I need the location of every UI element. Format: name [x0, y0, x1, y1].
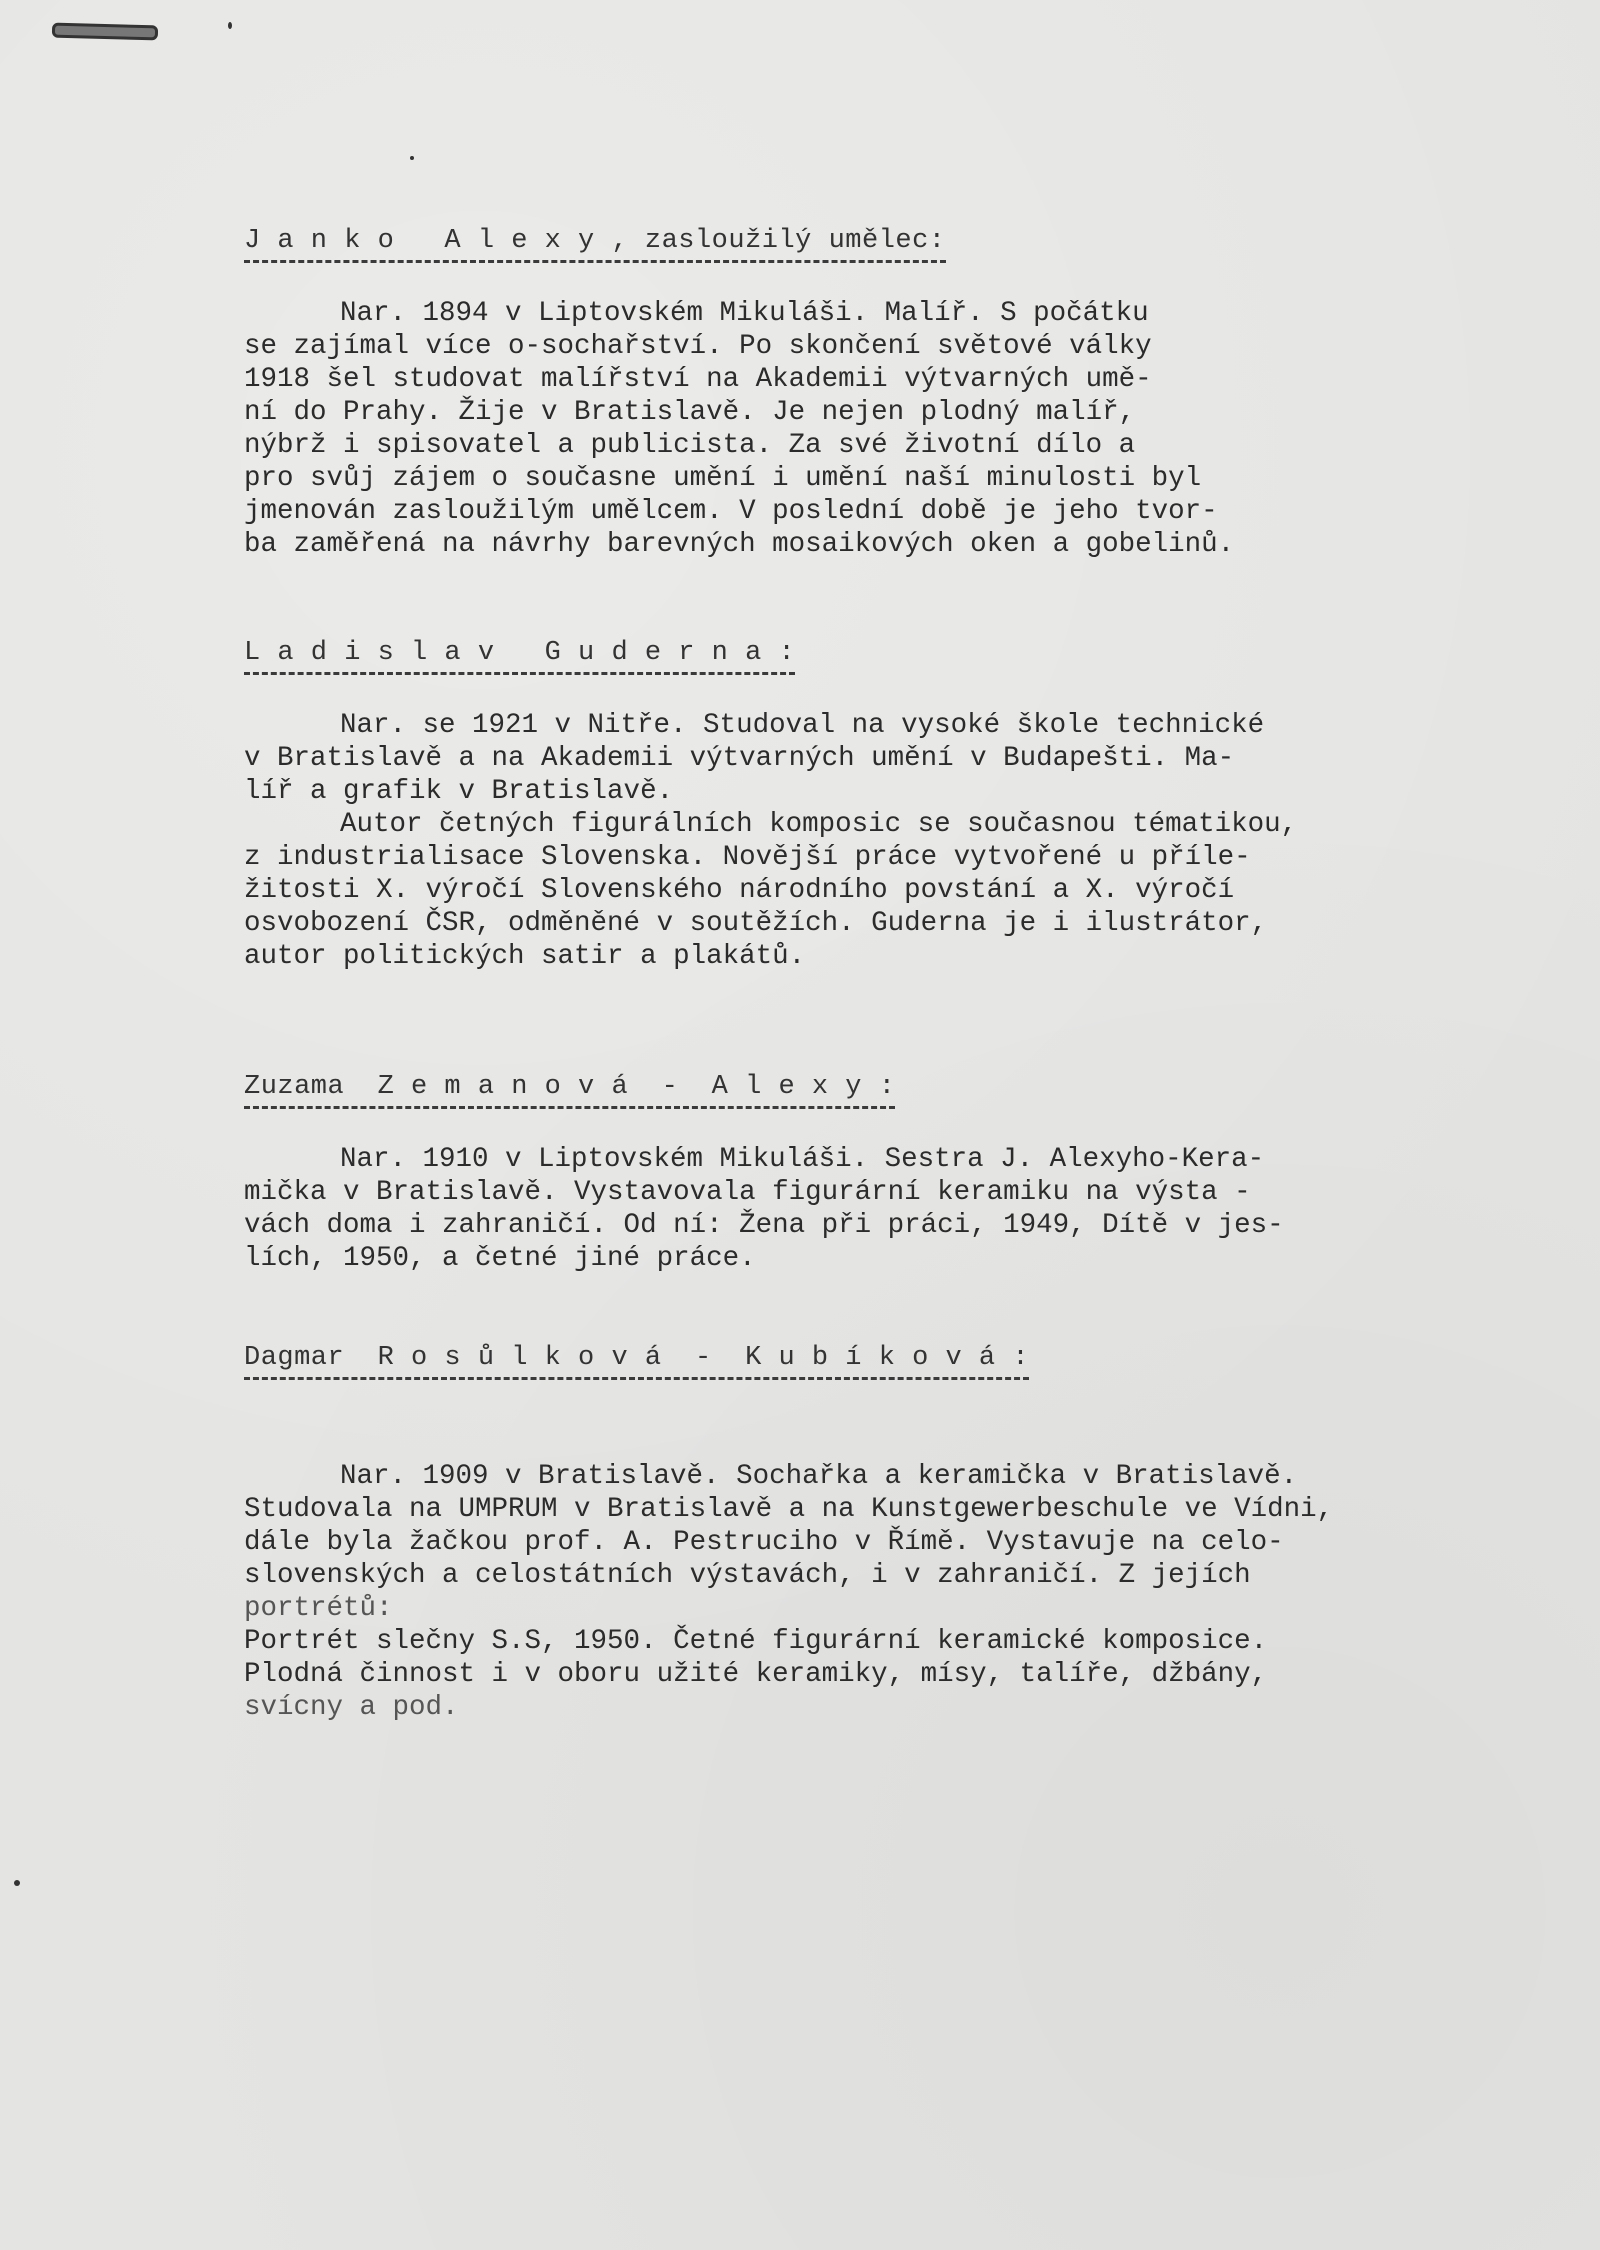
text-line: ní do Prahy. Žije v Bratislavě. Je nejen…	[244, 396, 1504, 429]
text-line: vách doma i zahraničí. Od ní: Žena při p…	[244, 1209, 1504, 1242]
text-line: mička v Bratislavě. Vystavovala figurárn…	[244, 1176, 1504, 1209]
text-line: osvobození ČSR, odměněné v soutěžích. Gu…	[244, 907, 1504, 940]
text-line: svícny a pod.	[244, 1691, 1504, 1724]
entry-ladislav-guderna: L a d i s l a v G u d e r n a : Nar. se …	[244, 638, 1504, 973]
text-line: žitosti X. výročí Slovenského národního …	[244, 874, 1504, 907]
text-line: dále byla žačkou prof. A. Pestruciho v Ř…	[244, 1526, 1504, 1559]
text-line: Nar. se 1921 v Nitře. Studoval na vysoké…	[244, 709, 1504, 742]
text-line: Nar. 1909 v Bratislavě. Sochařka a keram…	[244, 1460, 1504, 1493]
paper-speck	[14, 1880, 20, 1886]
text-line: lích, 1950, a četné jiné práce.	[244, 1242, 1504, 1275]
entry-body: Nar. se 1921 v Nitře. Studoval na vysoké…	[244, 709, 1504, 973]
text-line: Portrét slečny S.S, 1950. Četné figurárn…	[244, 1625, 1504, 1658]
entry-heading: J a n k o A l e x y , zasloužilý umělec:	[244, 226, 946, 263]
paper-speck	[410, 156, 414, 160]
text-line: autor politických satir a plakátů.	[244, 940, 1504, 973]
text-line: se zajímal více o-sochařství. Po skončen…	[244, 330, 1504, 363]
text-line: slovenských a celostátních výstavách, i …	[244, 1559, 1504, 1592]
text-line: Plodná činnost i v oboru užité keramiky,…	[244, 1658, 1504, 1691]
text-line: Autor četných figurálních komposic se so…	[244, 808, 1504, 841]
text-line: nýbrž i spisovatel a publicista. Za své …	[244, 429, 1504, 462]
staple-mark	[52, 23, 158, 41]
entry-heading: L a d i s l a v G u d e r n a :	[244, 638, 795, 675]
entry-body: Nar. 1909 v Bratislavě. Sochařka a keram…	[244, 1460, 1504, 1724]
entry-body: Nar. 1894 v Liptovském Mikuláši. Malíř. …	[244, 297, 1504, 561]
typewritten-page: J a n k o A l e x y , zasloužilý umělec:…	[0, 0, 1600, 2250]
text-line: v Bratislavě a na Akademii výtvarných um…	[244, 742, 1504, 775]
text-line: portrétů:	[244, 1592, 1504, 1625]
text-line: líř a grafik v Bratislavě.	[244, 775, 1504, 808]
text-line: z industrialisace Slovenska. Novější prá…	[244, 841, 1504, 874]
text-line: Nar. 1910 v Liptovském Mikuláši. Sestra …	[244, 1143, 1504, 1176]
text-line: jmenován zasloužilým umělcem. V poslední…	[244, 495, 1504, 528]
text-line: Studovala na UMPRUM v Bratislavě a na Ku…	[244, 1493, 1504, 1526]
entry-dagmar-rosulkova-kubikova: Dagmar R o s ů l k o v á - K u b í k o v…	[244, 1343, 1504, 1724]
text-line: 1918 šel studovat malířství na Akademii …	[244, 363, 1504, 396]
text-line: pro svůj zájem o současne umění i umění …	[244, 462, 1504, 495]
text-line: ba zaměřená na návrhy barevných mosaikov…	[244, 528, 1504, 561]
entry-heading: Dagmar R o s ů l k o v á - K u b í k o v…	[244, 1343, 1029, 1380]
text-line: Nar. 1894 v Liptovském Mikuláši. Malíř. …	[244, 297, 1504, 330]
entry-heading: Zuzama Z e m a n o v á - A l e x y :	[244, 1072, 895, 1109]
entry-zuzana-zemanova-alexy: Zuzama Z e m a n o v á - A l e x y : Nar…	[244, 1072, 1504, 1275]
paper-speck	[228, 22, 232, 29]
entry-janko-alexy: J a n k o A l e x y , zasloužilý umělec:…	[244, 226, 1504, 561]
entry-body: Nar. 1910 v Liptovském Mikuláši. Sestra …	[244, 1143, 1504, 1275]
